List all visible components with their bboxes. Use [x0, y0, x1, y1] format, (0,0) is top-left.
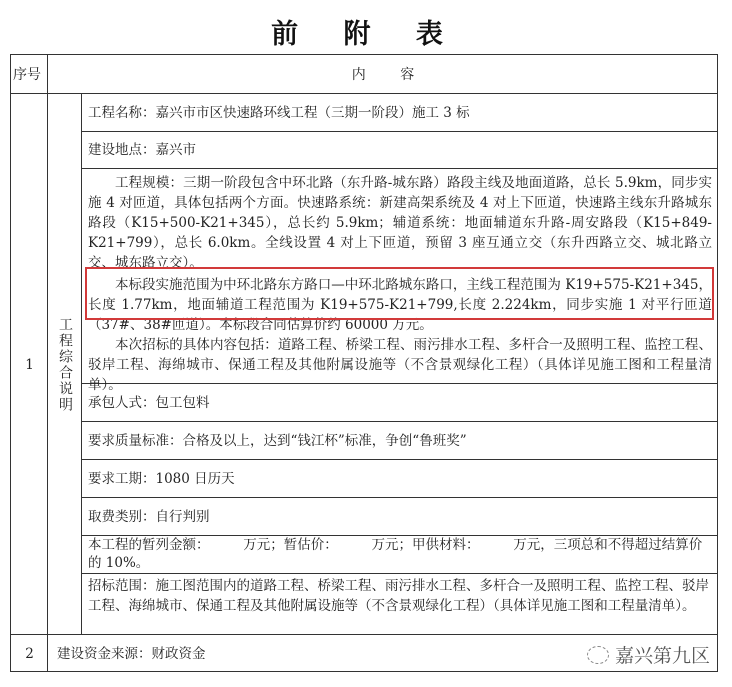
- divider: [81, 168, 718, 169]
- header-seq: 序号: [11, 55, 48, 94]
- duration: 要求工期：1080 日历天: [82, 460, 718, 497]
- bid-scope: 招标范围：施工图范围内的道路工程、桥梁工程、雨污排水工程、多杆合一及照明工程、监…: [82, 576, 718, 634]
- location: 建设地点：嘉兴市: [82, 132, 718, 168]
- highlight-box: [85, 267, 714, 320]
- page-title: 前 附 表: [0, 12, 732, 51]
- fee-category-text: 取费类别：自行判别: [88, 507, 210, 527]
- row-seq-1: 1: [11, 94, 48, 635]
- divider: [81, 573, 718, 574]
- attachment-table: 序号 内 容 1 工程综合说明 工程名称：嘉兴市市区快速路环线工程（三期一阶段）…: [10, 54, 718, 672]
- contract-mode: 承包人式：包工包料: [82, 384, 718, 421]
- duration-text: 要求工期：1080 日历天: [88, 469, 235, 489]
- watermark-text: 嘉兴第九区: [615, 641, 710, 668]
- wechat-icon: [587, 646, 609, 664]
- project-name: 工程名称：嘉兴市市区快速路环线工程（三期一阶段）施工 3 标: [82, 94, 718, 131]
- project-name-text: 工程名称：嘉兴市市区快速路环线工程（三期一阶段）施工 3 标: [88, 103, 470, 123]
- provisional-text: 本工程的暂列金额： 万元；暂估价： 万元；甲供材料： 万元，三项总和不得超过结算…: [88, 536, 712, 572]
- fee-category: 取费类别：自行判别: [82, 498, 718, 535]
- row-seq-2: 2: [11, 635, 48, 672]
- quality-text: 要求质量标准：合格及以上，达到“钱江杯”标准，争创“鲁班奖”: [88, 431, 467, 451]
- provisional-amounts: 本工程的暂列金额： 万元；暂估价： 万元；甲供材料： 万元，三项总和不得超过结算…: [82, 536, 718, 573]
- category-text: 工程综合说明: [55, 317, 75, 413]
- funding-source: 建设资金来源：财政资金: [48, 635, 548, 672]
- scale-paragraph: 工程规模：三期一阶段包含中环北路（东升路-城东路）路段主线及地面道路，总长 5.…: [88, 173, 712, 273]
- header-content: 内 容: [48, 55, 718, 94]
- watermark: 嘉兴第九区: [587, 641, 710, 668]
- location-text: 建设地点：嘉兴市: [88, 140, 196, 160]
- bid-scope-text: 招标范围：施工图范围内的道路工程、桥梁工程、雨污排水工程、多杆合一及照明工程、监…: [88, 576, 712, 616]
- category-label: 工程综合说明: [48, 94, 82, 635]
- quality-standard: 要求质量标准：合格及以上，达到“钱江杯”标准，争创“鲁班奖”: [82, 422, 718, 459]
- contract-mode-text: 承包人式：包工包料: [88, 393, 210, 413]
